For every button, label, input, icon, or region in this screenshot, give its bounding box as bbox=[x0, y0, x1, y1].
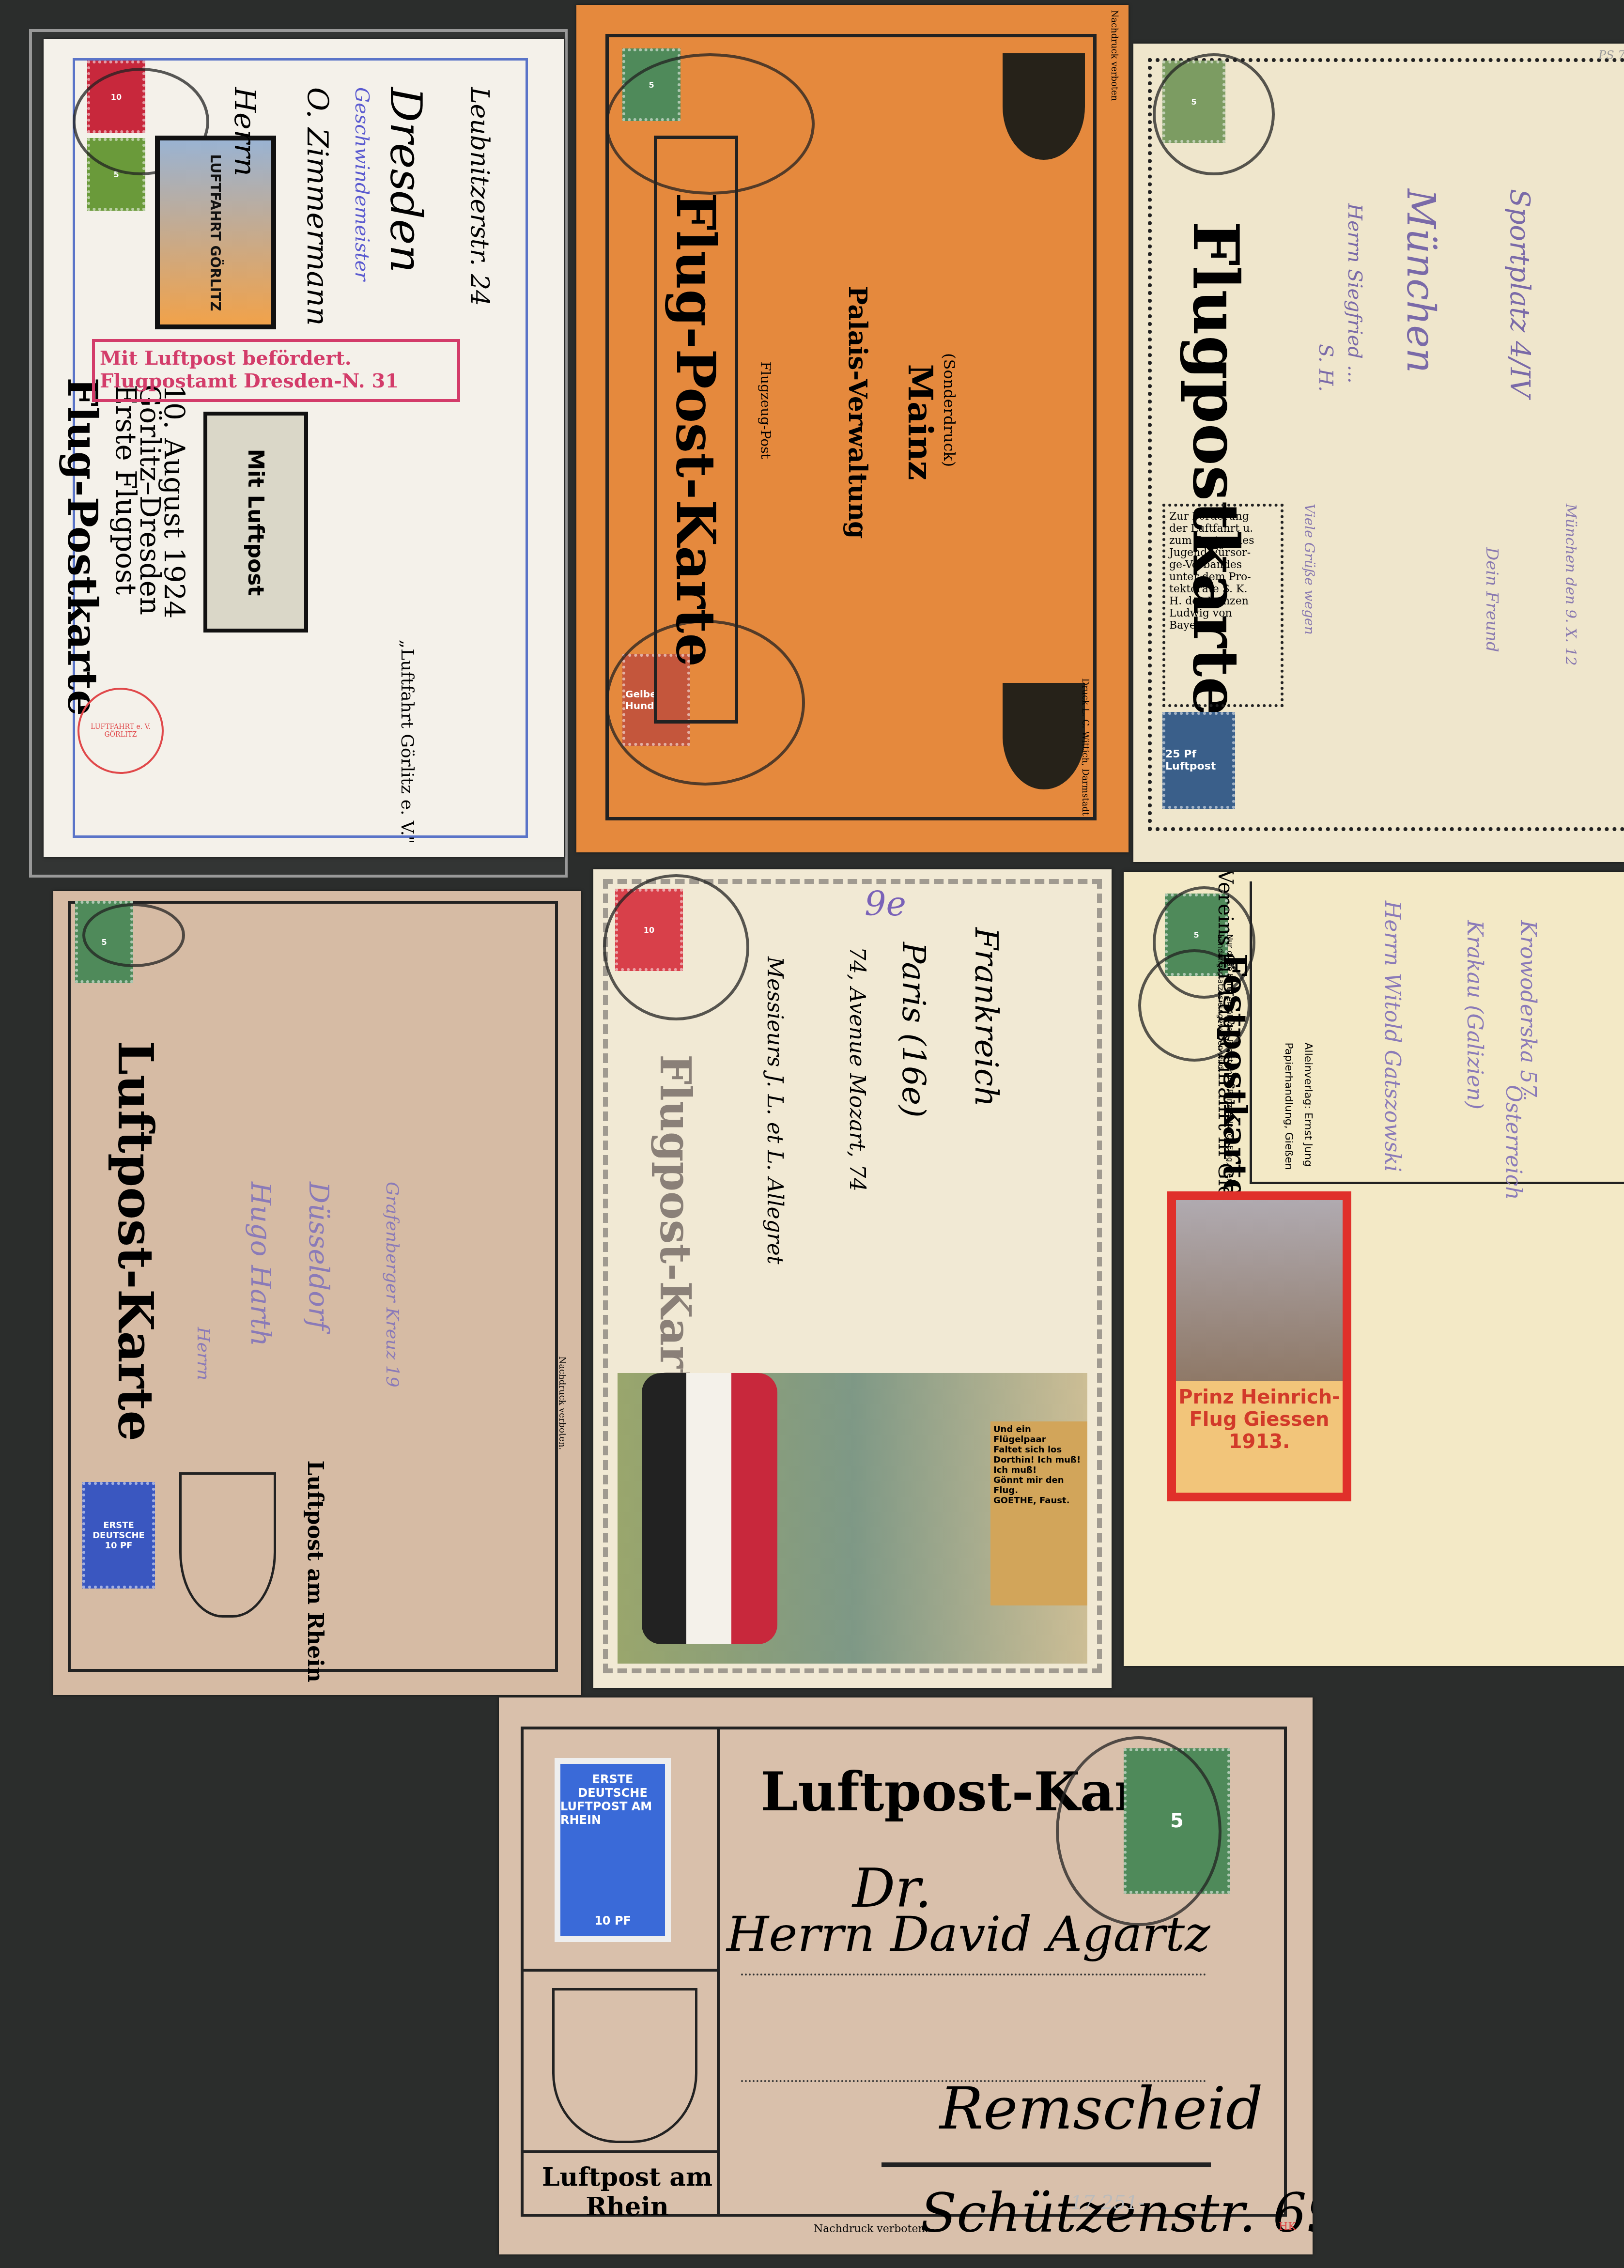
flight-line-3: 10. August 1924 bbox=[158, 385, 191, 724]
message-7: München den 9. X. 12 bbox=[1562, 504, 1579, 666]
flugzeug-post-label: Flugzeug-Post bbox=[758, 362, 773, 507]
flag-ribbon bbox=[642, 1373, 777, 1644]
address-2: Hugo Harth bbox=[245, 1182, 276, 1346]
address-3: Düsseldorf bbox=[303, 1182, 334, 1330]
address-line-4: Dresden bbox=[380, 87, 431, 273]
postmark-luftpost-rhein bbox=[1056, 1736, 1222, 1926]
address-2: 74, Avenue Mozart, 74 bbox=[845, 947, 869, 1191]
recipient-line-2: Mainz bbox=[900, 364, 941, 509]
postcard-giessen[interactable]: 5 Nur diese Karte erhält den Poststempel… bbox=[1124, 872, 1624, 1666]
postcard-collection: { "background_color": "#2b2d2c", "cards"… bbox=[0, 0, 1624, 2268]
violet-note: 9e bbox=[865, 884, 906, 924]
address-line-5: Leubnitzerstr. 24 bbox=[465, 87, 494, 306]
reprint-note: Nachdruck verboten. bbox=[557, 1357, 567, 1502]
lion-coat-of-arms bbox=[552, 1988, 697, 2143]
footer-label: Luftpost am Rhein bbox=[540, 2162, 714, 2222]
address-3: Paris (16e) bbox=[895, 942, 932, 1118]
address-2: Herrn Siegfried ... bbox=[1344, 203, 1366, 384]
card-title: Flugpost-Karte bbox=[650, 1054, 701, 1393]
title-box: Flug-Post-Karte bbox=[654, 136, 738, 724]
footer-label: Luftpost am Rhein bbox=[303, 1461, 327, 1696]
address-1: Herrn bbox=[193, 1327, 213, 1380]
red-seal: LUFTFAHRT e. V. GÖRLITZ bbox=[77, 688, 164, 774]
postcard-goerlitz[interactable]: 10 5 Flug-Postkarte Erste Flugpost Görli… bbox=[44, 39, 564, 857]
luftpost-rhein-vignette: ERSTEDEUTSCHE10 PF bbox=[82, 1482, 155, 1589]
prinz-heinrich-vignette: Prinz Heinrich-Flug Giessen1913. bbox=[1167, 1191, 1351, 1501]
postcard-duesseldorf-2[interactable]: ERSTEDEUTSCHELUFTPOST AM RHEIN 10 PF Luf… bbox=[499, 1697, 1313, 2254]
address-4: Grafenberger Kreuz 19 bbox=[382, 1182, 402, 1388]
printer-note: Druck L. C. Wittich, Darmstadt bbox=[1080, 679, 1090, 853]
address-4: Österreich bbox=[1501, 1085, 1526, 1200]
lion-coat-of-arms bbox=[179, 1472, 276, 1618]
sonderdruck-note: (Sonderdruck) bbox=[940, 353, 959, 498]
address-4: Sportplatz 4/IV bbox=[1504, 189, 1535, 398]
info-block: Zur Förderungder Luftfahrt u. zum Besten… bbox=[1162, 504, 1284, 707]
address-3: Krowoderska 57 bbox=[1516, 920, 1540, 1097]
address-name: Herrn David Agartz bbox=[727, 1906, 1210, 1962]
card-title: Flug-Postkarte bbox=[59, 378, 107, 717]
reprint-note: Nachdruck verboten. bbox=[814, 2223, 928, 2235]
postmark-flugpost bbox=[1153, 53, 1275, 175]
stamp-luftpost-25: 25 Pf Luftpost bbox=[1162, 712, 1235, 809]
address-2: Krakau (Galizien) bbox=[1462, 920, 1487, 1110]
address-1: Messieurs J. L. et L. Allegret bbox=[762, 957, 787, 1264]
address-line-3: Geschwindemeister bbox=[351, 87, 373, 281]
address-1: Herrn Witold Gatszowski bbox=[1380, 901, 1405, 1172]
reprint-note: Nachdruck verboten bbox=[1109, 10, 1119, 155]
left-h-divider-2 bbox=[523, 2150, 719, 2153]
postmark-leipzig bbox=[603, 874, 749, 1020]
postcard-muenchen[interactable]: 5 Flugpostkarte Zur Förderungder Luftfah… bbox=[1133, 44, 1624, 862]
corner-note: PS 77 bbox=[1598, 48, 1624, 62]
card-title: Luftpost-Karte bbox=[107, 1041, 164, 1380]
red-cachet: Mit Luftpost befördert. Flugpostamt Dres… bbox=[92, 339, 460, 402]
postcard-duesseldorf-1[interactable]: 5 Luftpost-Karte ERSTEDEUTSCHE10 PF Luft… bbox=[53, 891, 581, 1695]
address-4: Frankreich bbox=[968, 927, 1005, 1107]
coat-of-arms-bottom bbox=[1003, 683, 1085, 789]
corner-mark: HK bbox=[1279, 2221, 1296, 2233]
recipient-line-1: Palais-Verwaltung bbox=[843, 286, 872, 577]
mit-luftpost-label: Mit Luftpost bbox=[203, 412, 308, 633]
postcard-mainz[interactable]: 5 Gelbe Hund Flug-Post-Karte Flugzeug-Po… bbox=[576, 5, 1129, 852]
left-h-divider bbox=[523, 1969, 719, 1972]
postcard-leipzig[interactable]: 10 Flugpost-Karte Und ein FlügelpaarFalt… bbox=[593, 869, 1112, 1688]
address-city: Remscheid bbox=[940, 2075, 1263, 2143]
card-title: Flug-Post-Karte bbox=[665, 192, 727, 667]
poem-box: Und ein FlügelpaarFaltet sich losDorthin… bbox=[990, 1421, 1087, 1605]
message-5: Dein Freund bbox=[1482, 547, 1501, 652]
city-underline bbox=[882, 2162, 1211, 2167]
address-line bbox=[741, 1974, 1206, 1975]
message-1: Viele Grüße wegen bbox=[1301, 504, 1317, 635]
address-1: S. H. bbox=[1315, 344, 1337, 392]
pencil-note: 17 251- bbox=[1070, 2191, 1145, 2214]
luftpost-rhein-vignette: ERSTEDEUTSCHELUFTPOST AM RHEIN 10 PF bbox=[555, 1758, 671, 1942]
address-3: München bbox=[1398, 189, 1443, 373]
postmark-duesseldorf bbox=[82, 903, 185, 967]
address-line-1: Herrn bbox=[228, 87, 262, 176]
coat-of-arms-top bbox=[1003, 53, 1085, 160]
address-line-2: O. Zimmermann bbox=[300, 87, 334, 326]
issuer: „Luftfahrt Görlitz e. V." bbox=[397, 640, 417, 858]
